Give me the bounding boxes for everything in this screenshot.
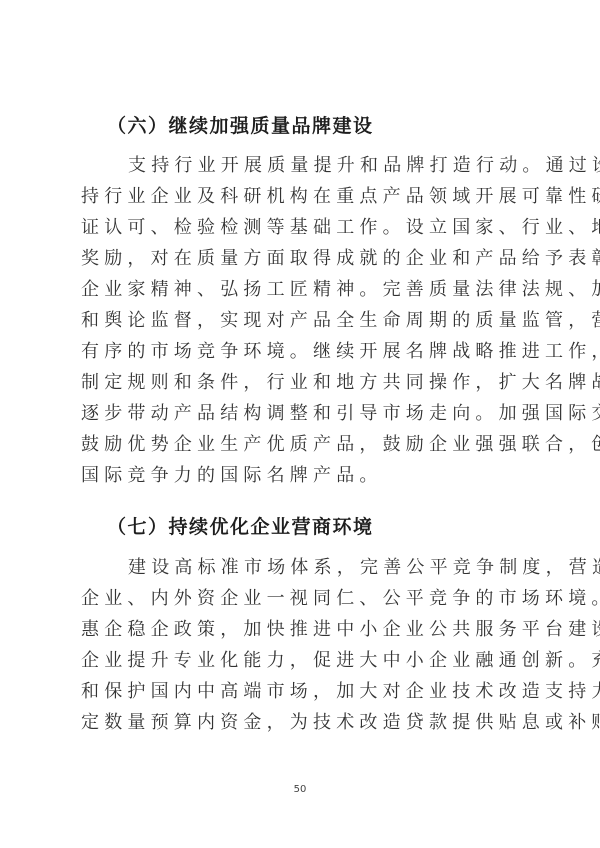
- section-6-paragraph: 支持行业开展质量提升和品牌打造行动。通过设立专项，支 持行业企业及科研机构在重点…: [81, 150, 529, 491]
- paragraph-line: 企业、内外资企业一视同仁、公平竞争的市场环境。落实好各项: [81, 583, 529, 614]
- paragraph-line: 支持行业开展质量提升和品牌打造行动。通过设立专项，支: [81, 150, 529, 181]
- paragraph-line: 企业家精神、弘扬工匠精神。完善质量法律法规、加强质量监管: [81, 274, 529, 305]
- paragraph-line: 持行业企业及科研机构在重点产品领域开展可靠性研究，加强认: [81, 181, 529, 212]
- document-page: （六）继续加强质量品牌建设 支持行业开展质量提升和品牌打造行动。通过设立专项，支…: [0, 0, 600, 848]
- section-heading-7: （七）持续优化企业营商环境: [107, 512, 374, 539]
- paragraph-line: 建设高标准市场体系，完善公平竞争制度，营造国企与民营: [81, 552, 529, 583]
- paragraph-line: 和舆论监督，实现对产品全生命周期的质量监管，营造公平健康: [81, 305, 529, 336]
- paragraph-line: 惠企稳企政策，加快推进中小企业公共服务平台建设，支持中小: [81, 614, 529, 645]
- paragraph-line: 定数量预算内资金，为技术改造贷款提供贴息或补贴。创造有利: [81, 707, 529, 738]
- paragraph-line: 有序的市场竞争环境。继续开展名牌战略推进工作，由政府牵头，: [81, 336, 529, 367]
- paragraph-line: 奖励，对在质量方面取得成就的企业和产品给予表彰，大力激发: [81, 243, 529, 274]
- paragraph-line: 制定规则和条件，行业和地方共同操作，扩大名牌战略的影响，: [81, 367, 529, 398]
- paragraph-line: 证认可、检验检测等基础工作。设立国家、行业、地方三级质量: [81, 212, 529, 243]
- paragraph-line: 国际竞争力的国际名牌产品。: [81, 460, 529, 491]
- paragraph-line: 企业提升专业化能力，促进大中小企业融通创新。充分重视培育: [81, 645, 529, 676]
- paragraph-line: 和保护国内中高端市场，加大对企业技术改造支持力度，提供一: [81, 676, 529, 707]
- section-heading-6: （六）继续加强质量品牌建设: [107, 111, 374, 138]
- page-number: 50: [0, 784, 600, 795]
- paragraph-line: 鼓励优势企业生产优质产品，鼓励企业强强联合，创立具有较强: [81, 429, 529, 460]
- paragraph-line: 逐步带动产品结构调整和引导市场走向。加强国际交流与合作，: [81, 398, 529, 429]
- section-7-paragraph: 建设高标准市场体系，完善公平竞争制度，营造国企与民营 企业、内外资企业一视同仁、…: [81, 552, 529, 738]
